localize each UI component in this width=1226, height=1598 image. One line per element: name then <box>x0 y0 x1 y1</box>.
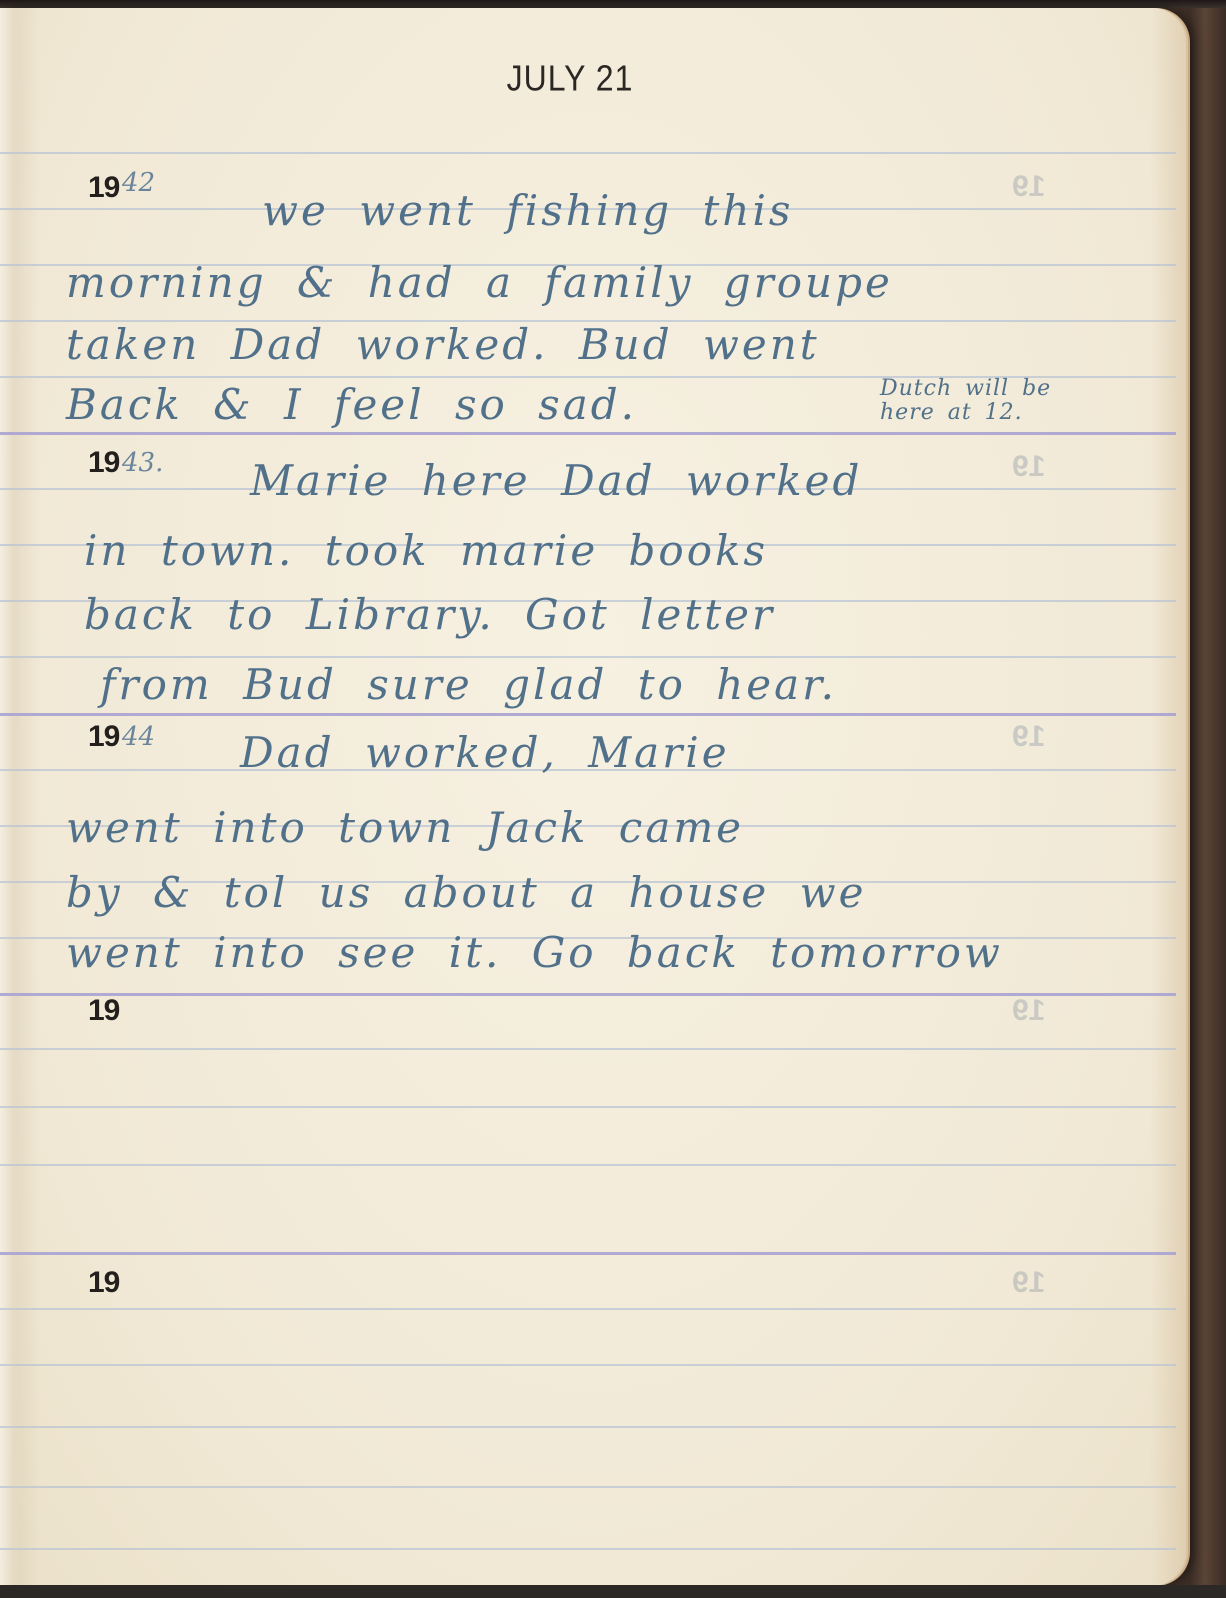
handwritten-line: back to Library. Got letter <box>84 590 775 639</box>
bottom-edge <box>0 1585 1226 1598</box>
handwritten-line: by & tol us about a house we <box>66 868 866 917</box>
handwritten-line: in town. took marie books <box>84 526 768 575</box>
handwritten-line: taken Dad worked. Bud went <box>66 320 820 369</box>
printed-year: 19 <box>88 446 119 480</box>
printed-year: 19 <box>88 1266 119 1300</box>
section-divider <box>0 993 1176 996</box>
ruled-line <box>0 1364 1176 1366</box>
section-divider <box>0 1252 1176 1255</box>
margin-note-line: Dutch will be <box>880 376 1051 401</box>
printed-year: 19 <box>88 171 119 205</box>
handwritten-year: 43. <box>122 448 163 478</box>
page-title: JULY 21 <box>0 58 1140 99</box>
ghost-year: 19 <box>1012 170 1045 204</box>
spine-shadow <box>0 8 22 1586</box>
ghost-year: 19 <box>1012 1266 1045 1300</box>
ruled-line <box>0 152 1176 154</box>
handwritten-line: Back & I feel so sad. <box>66 380 637 429</box>
section-divider <box>0 713 1176 716</box>
ruled-line <box>0 1548 1176 1550</box>
handwritten-year: 42 <box>122 168 155 198</box>
handwritten-year: 44 <box>122 722 155 752</box>
ruled-line <box>0 656 1176 658</box>
handwritten-line: morning & had a family groupe <box>66 258 893 307</box>
ghost-year: 19 <box>1012 994 1045 1028</box>
ruled-line <box>0 1106 1176 1108</box>
ruled-line <box>0 1426 1176 1428</box>
top-edge <box>0 0 1226 8</box>
handwritten-line: Marie here Dad worked <box>250 456 862 505</box>
handwritten-line: from Bud sure glad to hear. <box>100 660 837 709</box>
ruled-line <box>0 1048 1176 1050</box>
diary-page: JULY 21 19 19 19 19 19 19 42 we went fis… <box>0 8 1186 1586</box>
ruled-line <box>0 1308 1176 1310</box>
ghost-year: 19 <box>1012 720 1045 754</box>
section-divider <box>0 432 1176 435</box>
handwritten-line: we went fishing this <box>262 186 793 235</box>
handwritten-line: Dad worked, Marie <box>240 728 730 777</box>
ghost-year: 19 <box>1012 450 1045 484</box>
handwritten-line: went into town Jack came <box>66 803 744 852</box>
handwritten-line: went into see it. Go back tomorrow <box>66 928 1003 977</box>
printed-year: 19 <box>88 720 119 754</box>
ruled-line <box>0 1486 1176 1488</box>
ruled-line <box>0 1164 1176 1166</box>
margin-note-line: here at 12. <box>880 400 1023 425</box>
printed-year: 19 <box>88 994 119 1028</box>
